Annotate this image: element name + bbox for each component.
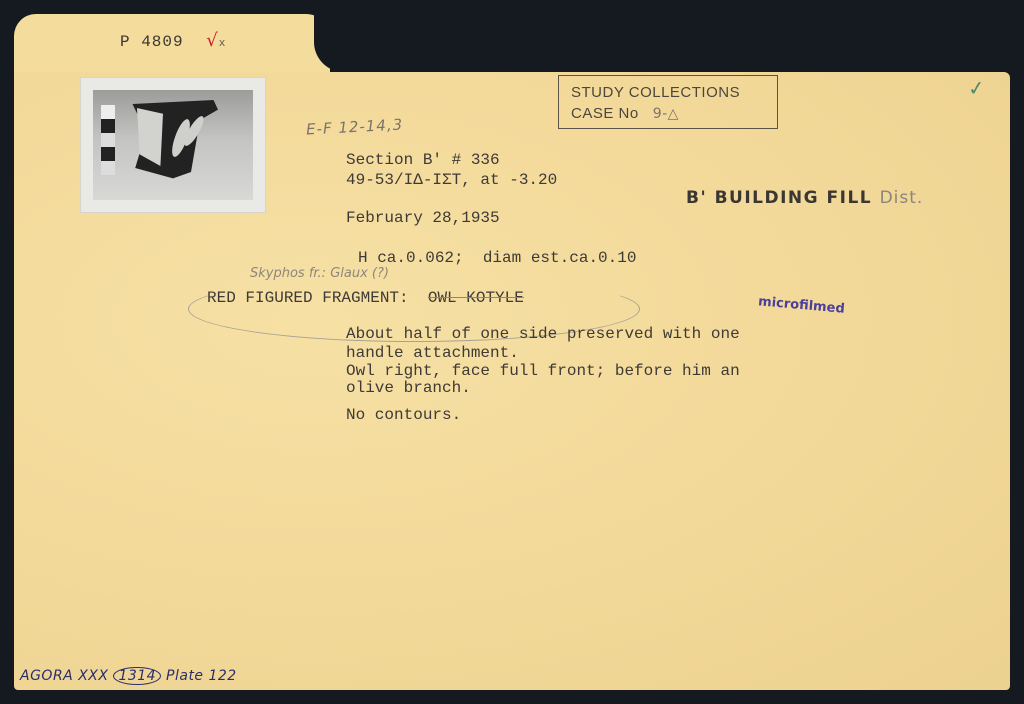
pub-plate: Plate 122 <box>166 668 237 684</box>
deposit-label: B' BUILDING FILL <box>686 188 872 208</box>
object-title: RED FIGURED FRAGMENT: OWL KOTYLE <box>207 288 524 308</box>
excavation-date: February 28,1935 <box>346 208 500 228</box>
description-line: olive branch. <box>346 380 740 397</box>
catalog-number-text: P 4809 <box>120 33 184 51</box>
description-block: About half of one side preserved with on… <box>346 325 740 363</box>
pub-prefix: AGORA XXX <box>20 668 108 684</box>
description-line: handle attachment. <box>346 344 740 363</box>
green-check-icon: ✓ <box>967 75 986 101</box>
section-line: Section B' # 336 <box>346 150 557 170</box>
section-info: Section B' # 33649-53/IΔ-IΣT, at -3.20 <box>346 150 557 190</box>
pub-number: 1314 <box>113 667 161 685</box>
scale-bar-icon <box>101 105 115 175</box>
stamp-line-1: STUDY COLLECTIONS <box>571 82 765 103</box>
description-line: About half of one side preserved with on… <box>346 325 740 344</box>
stamp-line-2: CASE No9-△ <box>571 103 765 125</box>
location-line: 49-53/IΔ-IΣT, at -3.20 <box>346 170 557 190</box>
case-label: CASE No <box>571 105 639 122</box>
title-prefix: RED FIGURED FRAGMENT: <box>207 289 409 307</box>
description-block-2: Owl right, face full front; before him a… <box>346 363 740 397</box>
title-struck: OWL KOTYLE <box>428 289 524 307</box>
case-number: 9-△ <box>653 106 679 122</box>
publication-reference: AGORA XXX 1314 Plate 122 <box>20 668 237 684</box>
deposit-note: Dist. <box>880 188 924 208</box>
red-check-icon: √ <box>206 30 218 51</box>
deposit-stamp: B' BUILDING FILL Dist. <box>686 188 923 208</box>
artifact-photo <box>80 77 266 213</box>
description-line: Owl right, face full front; before him a… <box>346 363 740 380</box>
photo-image <box>93 90 253 200</box>
catalog-number: P 4809 √x <box>120 30 226 51</box>
dimensions: H ca.0.062; diam est.ca.0.10 <box>358 248 636 268</box>
description-line: No contours. <box>346 405 461 425</box>
study-collections-stamp: STUDY COLLECTIONS CASE No9-△ <box>558 75 778 129</box>
check-suffix: x <box>219 38 227 50</box>
